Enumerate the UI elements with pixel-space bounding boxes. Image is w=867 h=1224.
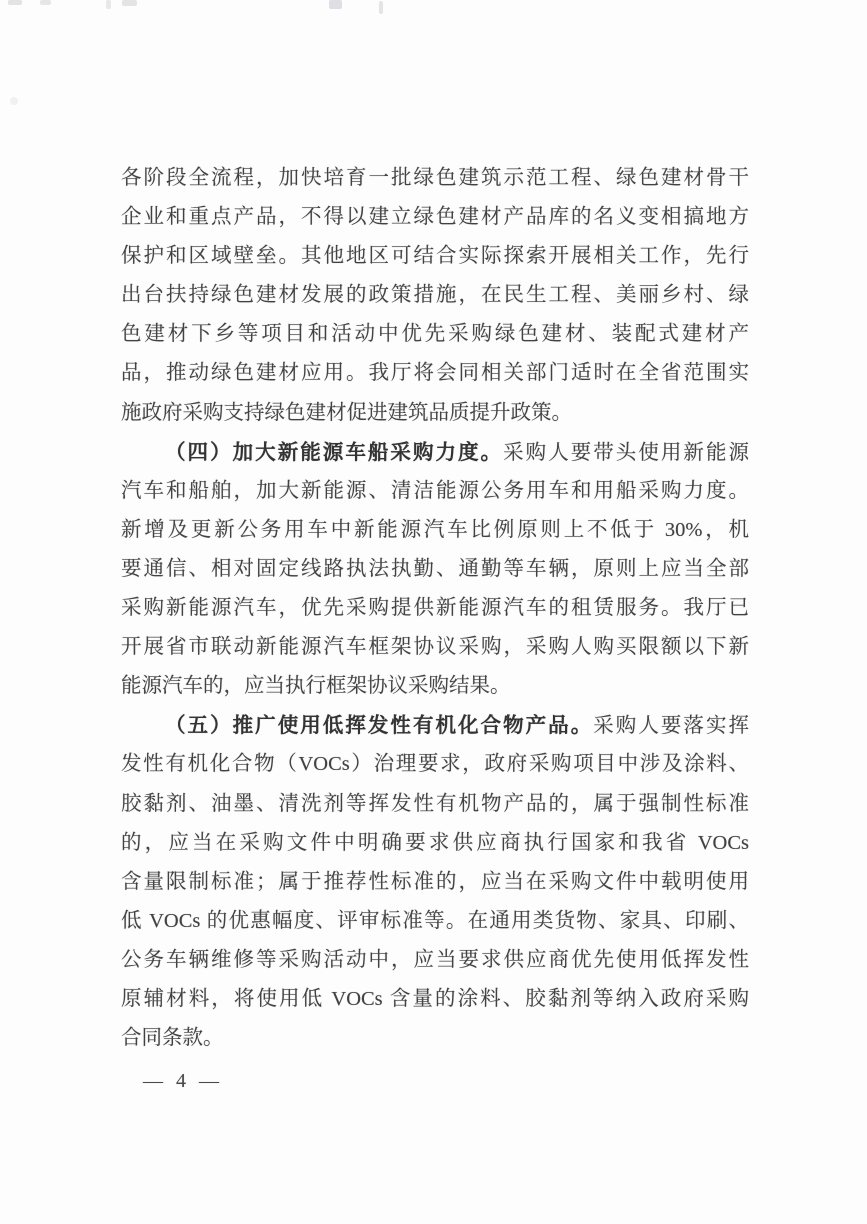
text-run: 采购人要落实挥	[593, 715, 749, 737]
text-line: （五）推广使用低挥发性有机化合物产品。采购人要落实挥	[121, 706, 749, 745]
text-line: 含量限制标准；属于推荐性标准的，应当在采购文件中载明使用	[121, 863, 749, 902]
scan-artifact	[329, 0, 342, 9]
text-line: 合同条款。	[121, 1019, 749, 1058]
paragraph-section-5: （五）推广使用低挥发性有机化合物产品。采购人要落实挥 发性有机化合物（VOCs）…	[121, 706, 749, 1058]
scan-artifact	[40, 0, 51, 5]
text-line: 发性有机化合物（VOCs）治理要求，政府采购项目中涉及涂料、	[121, 745, 749, 784]
text-line: 色建材下乡等项目和活动中优先采购绿色建材、装配式建材产	[121, 315, 749, 354]
scan-artifact	[122, 0, 137, 6]
text-line: 出台扶持绿色建材发展的政策措施，在民生工程、美丽乡村、绿	[121, 276, 749, 315]
scan-artifact	[379, 1, 383, 14]
text-line: 品，推动绿色建材应用。我厅将会同相关部门适时在全省范围实	[121, 354, 749, 393]
text-line: 汽车和船舶，加大新能源、清洁能源公务用车和用船采购力度。	[121, 472, 749, 511]
scan-artifact	[8, 0, 22, 5]
text-line: 各阶段全流程，加快培育一批绿色建筑示范工程、绿色建材骨干	[121, 159, 749, 198]
text-line: 胶黏剂、油墨、清洗剂等挥发性有机物产品的，属于强制性标准	[121, 785, 749, 824]
text-line: （四）加大新能源车船采购力度。采购人要带头使用新能源	[121, 433, 749, 472]
text-line: 开展省市联动新能源汽车框架协议采购，采购人购买限额以下新	[121, 628, 749, 667]
document-body: 各阶段全流程，加快培育一批绿色建筑示范工程、绿色建材骨干 企业和重点产品，不得以…	[121, 159, 749, 1058]
section-heading: （五）推广使用低挥发性有机化合物产品。	[165, 714, 593, 737]
text-line: 保护和区域壁垒。其他地区可结合实际探索开展相关工作，先行	[121, 237, 749, 276]
text-line: 的，应当在采购文件中明确要求供应商执行国家和我省 VOCs	[121, 824, 749, 863]
text-line: 施政府采购支持绿色建材促进建筑品质提升政策。	[121, 394, 749, 433]
text-line: 公务车辆维修等采购活动中，应当要求供应商优先使用低挥发性	[121, 941, 749, 980]
text-run: 采购人要带头使用新能源	[503, 442, 749, 464]
text-line: 采购新能源汽车，优先采购提供新能源汽车的租赁服务。我厅已	[121, 589, 749, 628]
text-line: 原辅材料，将使用低 VOCs 含量的涂料、胶黏剂等纳入政府采购	[121, 980, 749, 1019]
text-line: 企业和重点产品，不得以建立绿色建材产品库的名义变相搞地方	[121, 198, 749, 237]
text-line: 要通信、相对固定线路执法执勤、通勤等车辆，原则上应当全部	[121, 550, 749, 589]
text-line: 新增及更新公务用车中新能源汽车比例原则上不低于 30%，机	[121, 511, 749, 550]
scan-artifact	[10, 97, 18, 105]
paragraph-section-4: （四）加大新能源车船采购力度。采购人要带头使用新能源 汽车和船舶，加大新能源、清…	[121, 433, 749, 707]
page-number: — 4 —	[143, 1070, 223, 1093]
scanned-document-page: 各阶段全流程，加快培育一批绿色建筑示范工程、绿色建材骨干 企业和重点产品，不得以…	[0, 0, 867, 1224]
text-line: 能源汽车的，应当执行框架协议采购结果。	[121, 667, 749, 706]
section-heading: （四）加大新能源车船采购力度。	[165, 441, 503, 464]
text-line: 低 VOCs 的优惠幅度、评审标准等。在通用类货物、家具、印刷、	[121, 902, 749, 941]
scan-artifact	[106, 0, 111, 9]
paragraph-continuation: 各阶段全流程，加快培育一批绿色建筑示范工程、绿色建材骨干 企业和重点产品，不得以…	[121, 159, 749, 433]
